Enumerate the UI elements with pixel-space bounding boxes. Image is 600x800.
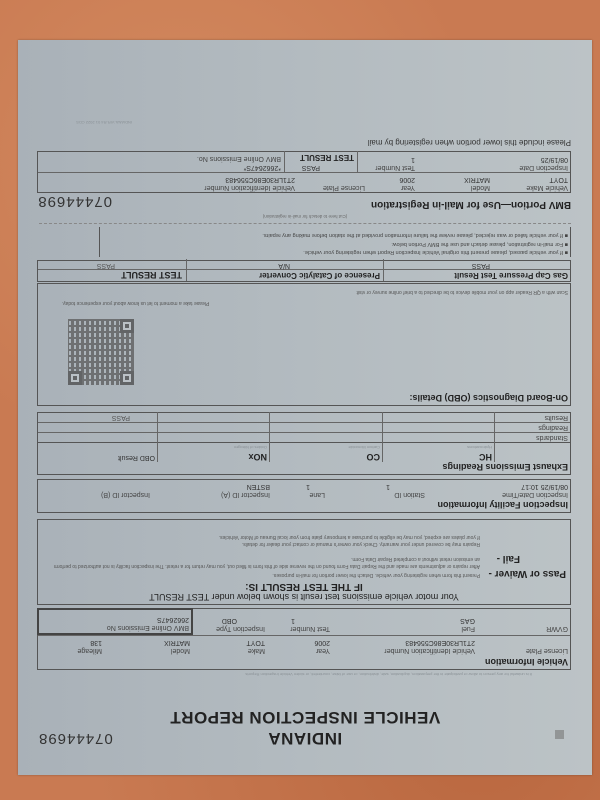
bmv-vin-label: Vehicle Identification Number bbox=[204, 184, 295, 191]
facility-title: Inspection Facility Information bbox=[437, 500, 568, 510]
fail-text: After repairs or adjustments are made an… bbox=[50, 555, 480, 569]
lane-value: 1 bbox=[306, 483, 310, 490]
legal-disclaimer: It is unlawful for any person to allow o… bbox=[245, 672, 532, 677]
bmv-date-label: Inspection Date bbox=[519, 164, 568, 171]
test-result-value: PASS bbox=[97, 262, 115, 269]
instructions-box: ■ If your vehicle passed, please present… bbox=[99, 227, 571, 257]
inspection-type-label: Inspection Type bbox=[216, 625, 265, 632]
result-notice-line2: IF THE TEST RESULT IS: bbox=[38, 581, 570, 592]
report-number: 07444698 bbox=[38, 730, 113, 747]
bmv-year-value: 2006 bbox=[399, 176, 415, 183]
results-row-label: Results bbox=[545, 414, 568, 421]
readings-row-label: Readings bbox=[538, 424, 568, 431]
instruction-item: ■ For mail-in registration, please detac… bbox=[391, 241, 568, 247]
bmv-make-label: Vehicle Make bbox=[526, 184, 568, 191]
bmv-number-box: BMV Online Emissions No 2662647S bbox=[37, 608, 193, 635]
bmv-number-value: 2662647S bbox=[157, 616, 189, 623]
survey-text-1: Please take a moment to let us know abou… bbox=[62, 300, 209, 306]
model-label: Model bbox=[171, 647, 190, 654]
result-notice-line1: Your motor vehicle emissions test result… bbox=[38, 592, 570, 602]
mileage-value: 138 bbox=[90, 639, 102, 646]
make-label: Make bbox=[248, 647, 265, 654]
mileage-label: Mileage bbox=[77, 647, 102, 654]
test-results-table: Gas Cap Pressure Test Result Presence of… bbox=[37, 260, 571, 282]
warranty-text: Repairs may be covered under your warran… bbox=[50, 541, 480, 547]
report-title: VEHICLE INSPECTION REPORT bbox=[18, 707, 592, 727]
model-value: MATRIX bbox=[164, 639, 190, 646]
obd-result-value: PASS bbox=[112, 414, 130, 421]
bmv-model-label: Model bbox=[471, 184, 490, 191]
bmv-number-label: BMV Online Emissions No bbox=[107, 624, 189, 631]
bmv-year-label: Year bbox=[401, 184, 415, 191]
hc-code: HC bbox=[479, 452, 492, 462]
station-value: 1 bbox=[386, 483, 390, 490]
pass-waiver-text: Present this form when registering your … bbox=[272, 572, 480, 578]
year-value: 2006 bbox=[314, 639, 330, 646]
survey-qr-code[interactable] bbox=[68, 319, 134, 385]
hc-name: Hydrocarbons bbox=[467, 445, 492, 450]
gas-cap-value: PASS bbox=[472, 262, 490, 269]
bmv-emissions-no-label: BMV Online Emissions No. bbox=[197, 155, 281, 162]
nox-code: NOx bbox=[248, 452, 267, 462]
instruction-item: ■ If your vehicle failed or was rejected… bbox=[262, 232, 568, 238]
test-number-value: 1 bbox=[291, 617, 295, 624]
instruction-item: ■ If your vehicle passed, please present… bbox=[303, 249, 568, 255]
gvwr-label: GVWR bbox=[546, 625, 568, 632]
bmv-test-number-value: 1 bbox=[411, 156, 415, 163]
vin-value: 2T1LR30E86C556483 bbox=[405, 639, 475, 646]
vehicle-info-box: Vehicle Information License Plate Vehicl… bbox=[37, 608, 571, 670]
test-number-label: Test Number bbox=[290, 625, 330, 632]
lane-label: Lane bbox=[309, 491, 325, 498]
bmv-model-value: MATRIX bbox=[464, 176, 490, 183]
datetime-label: Inspection Date/Time bbox=[502, 491, 568, 498]
cut-line bbox=[39, 223, 571, 224]
datetime-value: 08/19/25 10:17 bbox=[521, 483, 568, 490]
bmv-test-number-label: Test Number bbox=[375, 164, 415, 171]
bmv-portion-box: Vehicle Make TOYT Model MATRIX Year 2006… bbox=[37, 151, 571, 193]
co-code: CO bbox=[367, 452, 381, 462]
fail-label: Fail - bbox=[497, 553, 520, 564]
form-id: INDIANA-VIR-R4 01 2022 CDS bbox=[76, 120, 132, 125]
obd-box: On-Board Diagnostics (OBD) Details: Plea… bbox=[37, 283, 571, 406]
pass-waiver-label: Pass or Waiver - bbox=[489, 568, 566, 579]
facility-box: Inspection Facility Information Inspecti… bbox=[37, 479, 571, 513]
emissions-box: Exhaust Emissions Readings HC Hydrocarbo… bbox=[37, 442, 571, 475]
year-label: Year bbox=[316, 647, 330, 654]
bmv-test-result-label: TEST RESULT bbox=[300, 153, 354, 162]
mail-footer-note: Please include this lower portion when r… bbox=[368, 138, 571, 147]
bmv-make-value: TOYT bbox=[549, 176, 568, 183]
bmv-report-number: 07444698 bbox=[37, 193, 112, 210]
co-name: Carbon Monoxide bbox=[348, 445, 380, 450]
emissions-title: Exhaust Emissions Readings bbox=[442, 462, 568, 472]
bmv-test-result-value: PASS bbox=[302, 164, 320, 171]
catalytic-header: Presence of Catalytic Converter bbox=[259, 271, 380, 280]
test-result-header: TEST RESULT bbox=[121, 270, 182, 280]
standards-row-label: Standards bbox=[536, 434, 568, 441]
inspector-b-label: Inspector ID (B) bbox=[101, 491, 150, 498]
station-label: Station ID bbox=[394, 491, 425, 498]
vehicle-info-title: Vehicle Information bbox=[485, 657, 568, 667]
fuel-value: GAS bbox=[460, 617, 475, 624]
make-value: TOYT bbox=[246, 639, 265, 646]
survey-text-2: Scan with a QR Reader app on your mobile… bbox=[357, 289, 569, 295]
inspection-report-paper: INDIANA 07444698 VEHICLE INSPECTION REPO… bbox=[18, 40, 592, 775]
result-notice-box: Your motor vehicle emissions test result… bbox=[37, 519, 571, 605]
bmv-portion-title: BMV Portion—Use for Mail-in Registration bbox=[371, 199, 571, 210]
gas-cap-header: Gas Cap Pressure Test Result bbox=[454, 271, 568, 280]
bmv-emissions-no-value: *2662647S* bbox=[244, 164, 281, 171]
bmv-plate-label: License Plate bbox=[323, 184, 365, 191]
nox-name: Oxides of Nitrogen bbox=[234, 445, 267, 450]
catalytic-value: N/A bbox=[278, 262, 290, 269]
bmv-date-value: 08/19/25 bbox=[541, 156, 568, 163]
inspection-type-value: OBD bbox=[222, 617, 237, 624]
license-plate-label: License Plate bbox=[526, 647, 568, 654]
bmv-vin-value: 2T1LR30E86C556483 bbox=[225, 176, 295, 183]
vin-label: Vehicle Identification Number bbox=[384, 647, 475, 654]
expired-plates-text: If your plates are expired, you may be e… bbox=[50, 534, 480, 540]
emissions-table: Standards Readings Results PASS bbox=[37, 412, 571, 442]
inspector-a-value: BSTEN bbox=[247, 483, 270, 490]
cut-text: (Cut here to detach for mail-in registra… bbox=[18, 214, 592, 219]
obd-result-header: OBD Result bbox=[118, 454, 155, 461]
inspector-a-label: Inspector ID (A) bbox=[221, 491, 270, 498]
fuel-label: Fuel bbox=[461, 625, 475, 632]
obd-title: On-Board Diagnostics (OBD) Details: bbox=[409, 393, 568, 403]
